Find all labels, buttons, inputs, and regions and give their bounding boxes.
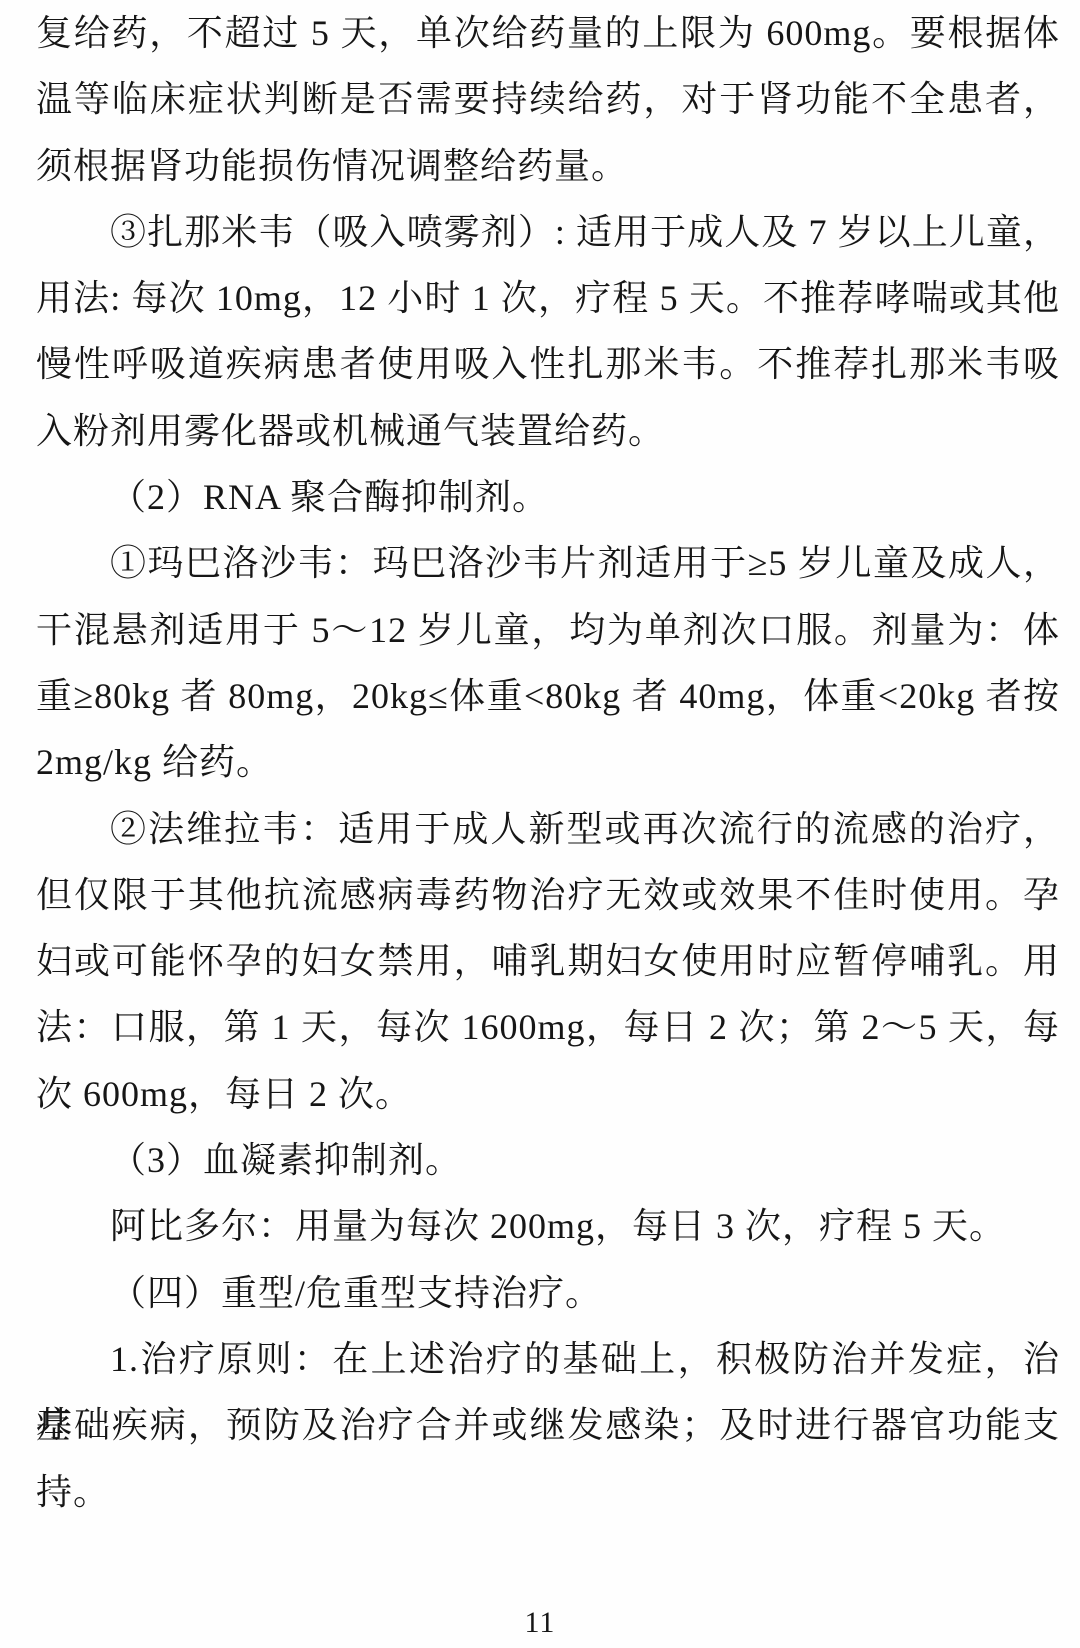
text-line: 妇或可能怀孕的妇女禁用，哺乳期妇女使用时应暂停哺乳。用	[36, 928, 1060, 994]
text-line: 持。	[36, 1459, 1060, 1525]
text-line: 阿比多尔：用量为每次 200mg，每日 3 次，疗程 5 天。	[36, 1193, 1060, 1259]
text-line: 基础疾病，预防及治疗合并或继发感染；及时进行器官功能支	[36, 1392, 1060, 1458]
text-line: 2mg/kg 给药。	[36, 729, 1060, 795]
text-line: 慢性呼吸道疾病患者使用吸入性扎那米韦。不推荐扎那米韦吸	[36, 331, 1060, 397]
text-line: 温等临床症状判断是否需要持续给药，对于肾功能不全患者，	[36, 66, 1060, 132]
text-line: 干混悬剂适用于 5～12 岁儿童，均为单剂次口服。剂量为：体	[36, 597, 1060, 663]
document-page: 复给药，不超过 5 天，单次给药量的上限为 600mg。要根据体 温等临床症状判…	[0, 0, 1080, 1648]
text-line: ②法维拉韦：适用于成人新型或再次流行的流感的治疗，	[36, 796, 1060, 862]
text-line: ③扎那米韦（吸入喷雾剂）: 适用于成人及 7 岁以上儿童，	[36, 199, 1060, 265]
text-line: 入粉剂用雾化器或机械通气装置给药。	[36, 398, 1060, 464]
text-line: （四）重型/危重型支持治疗。	[36, 1260, 1060, 1326]
text-line: （3）血凝素抑制剂。	[36, 1127, 1060, 1193]
text-line: 重≥80kg 者 80mg，20kg≤体重<80kg 者 40mg，体重<20k…	[36, 663, 1060, 729]
text-line: 须根据肾功能损伤情况调整给药量。	[36, 133, 1060, 199]
text-line: 次 600mg，每日 2 次。	[36, 1061, 1060, 1127]
text-line: 但仅限于其他抗流感病毒药物治疗无效或效果不佳时使用。孕	[36, 862, 1060, 928]
page-number: 11	[0, 1603, 1080, 1643]
text-line: 1.治疗原则：在上述治疗的基础上，积极防治并发症，治疗	[36, 1326, 1060, 1392]
text-line: 法：口服，第 1 天，每次 1600mg，每日 2 次；第 2～5 天，每	[36, 994, 1060, 1060]
document-body: 复给药，不超过 5 天，单次给药量的上限为 600mg。要根据体 温等临床症状判…	[36, 0, 1060, 1525]
text-line: 用法: 每次 10mg，12 小时 1 次，疗程 5 天。不推荐哮喘或其他	[36, 265, 1060, 331]
text-line: 复给药，不超过 5 天，单次给药量的上限为 600mg。要根据体	[36, 0, 1060, 66]
text-line: （2）RNA 聚合酶抑制剂。	[36, 464, 1060, 530]
text-line: ①玛巴洛沙韦：玛巴洛沙韦片剂适用于≥5 岁儿童及成人，	[36, 530, 1060, 596]
